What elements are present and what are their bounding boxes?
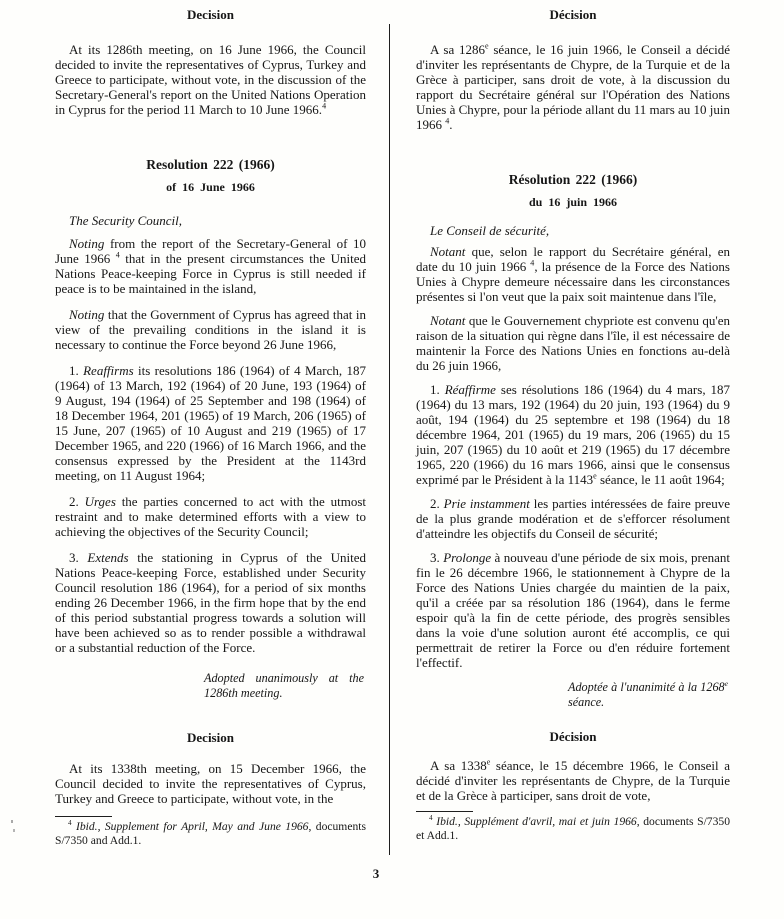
adoption-note-fr: Adoptée à l'unanimité à la 1268e séance. <box>568 680 728 709</box>
operative-paragraph-3-fr: 3. Prolonge à nouveau d'une période de s… <box>416 550 730 670</box>
decision-paragraph-1338-en: At its 1338th meeting, on 15 December 19… <box>55 761 366 806</box>
noting-paragraph-2-en: Noting that the Government of Cyprus has… <box>55 307 366 352</box>
resolution-title-fr: Résolution 222 (1966) <box>416 172 730 187</box>
footnote-text-en: 4 Ibid., Supplement for April, May and J… <box>55 820 366 848</box>
page-number: 3 <box>369 866 383 881</box>
footnote-rule-en <box>55 816 112 817</box>
decision-paragraph-1286-fr: A sa 1286e séance, le 16 juin 1966, le C… <box>416 42 730 132</box>
operative-paragraph-1-fr: 1. Réaffirme ses résolutions 186 (1964) … <box>416 382 730 487</box>
operative-paragraph-3-en: 3. Extends the stationing in Cyprus of t… <box>55 550 366 655</box>
decision-heading-2-fr: Décision <box>416 729 730 744</box>
resolution-date-en: of 16 June 1966 <box>55 180 366 195</box>
column-divider-rule <box>389 24 390 855</box>
column-english: Decision At its 1286th meeting, on 16 Ju… <box>55 0 366 848</box>
resolution-title-en: Resolution 222 (1966) <box>55 157 366 172</box>
adoption-note-en: Adopted unanimously at the 1286th meetin… <box>204 671 364 700</box>
resolution-date-fr: du 16 juin 1966 <box>416 195 730 210</box>
footnote-block-fr: 4 Ibid., Supplément d'avril, mai et juin… <box>416 811 730 843</box>
decision-heading-2-en: Decision <box>55 730 366 745</box>
document-page: Decision At its 1286th meeting, on 16 Ju… <box>0 0 784 919</box>
notant-paragraph-1-fr: Notant que, selon le rapport du Secrétai… <box>416 244 730 304</box>
decision-paragraph-1338-fr: A sa 1338e séance, le 15 décembre 1966, … <box>416 758 730 803</box>
column-french: Décision A sa 1286e séance, le 16 juin 1… <box>416 0 730 843</box>
decision-heading-fr: Décision <box>416 7 730 22</box>
scan-artifact <box>11 820 13 823</box>
decision-heading-en: Decision <box>55 7 366 22</box>
notant-paragraph-2-fr: Notant que le Gouvernement chypriote est… <box>416 313 730 373</box>
footnote-block-en: 4 Ibid., Supplement for April, May and J… <box>55 816 366 848</box>
council-line-fr: Le Conseil de sécurité, <box>416 223 730 238</box>
operative-paragraph-1-en: 1. Reaffirms its resolutions 186 (1964) … <box>55 363 366 483</box>
operative-paragraph-2-fr: 2. Prie instamment les parties intéressé… <box>416 496 730 541</box>
operative-paragraph-2-en: 2. Urges the parties concerned to act wi… <box>55 494 366 539</box>
council-line-en: The Security Council, <box>55 213 366 228</box>
noting-paragraph-1-en: Noting from the report of the Secretary-… <box>55 236 366 296</box>
footnote-rule-fr <box>416 811 473 812</box>
decision-paragraph-1286-en: At its 1286th meeting, on 16 June 1966, … <box>55 42 366 117</box>
footnote-text-fr: 4 Ibid., Supplément d'avril, mai et juin… <box>416 815 730 843</box>
